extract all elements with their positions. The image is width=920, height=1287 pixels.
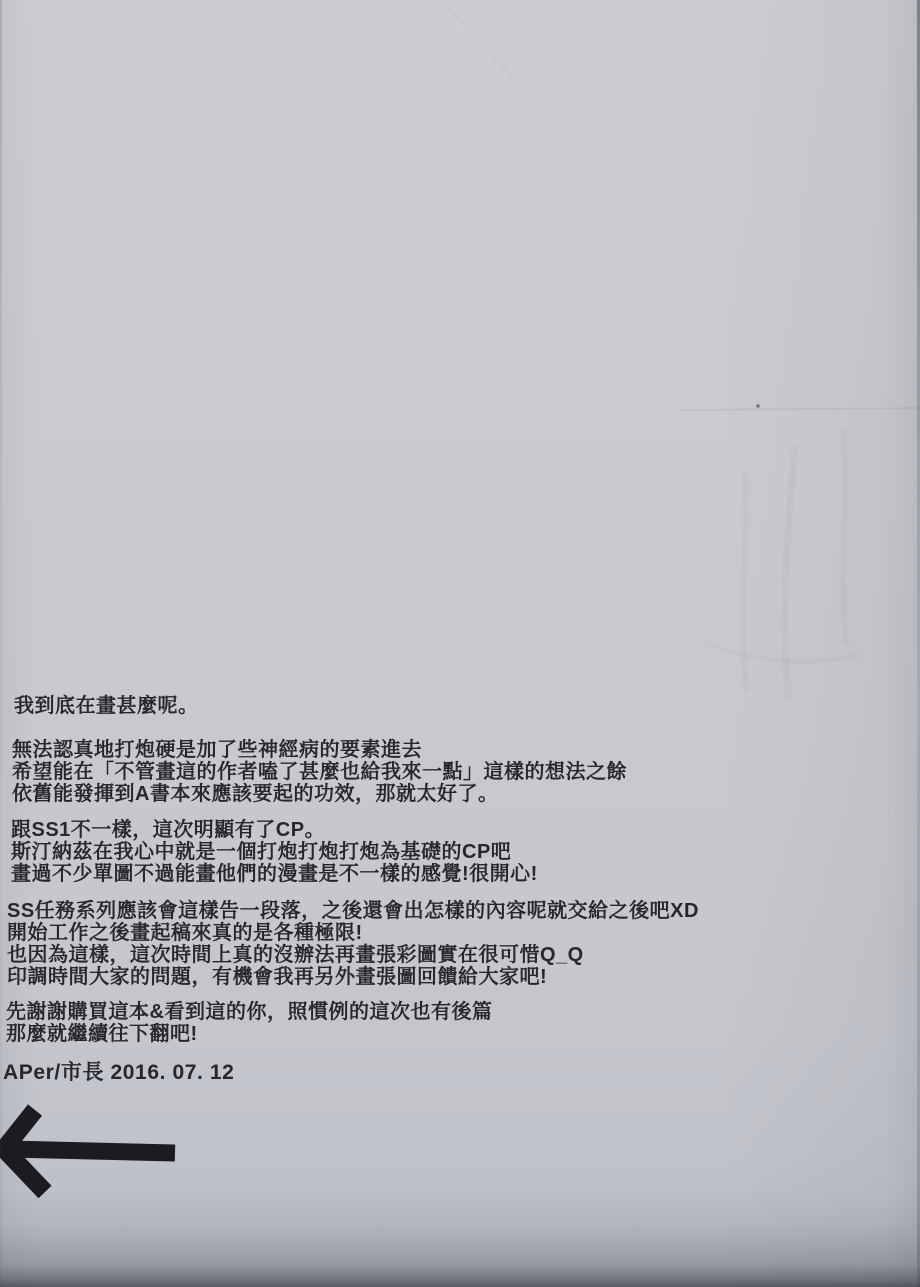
afterword-line: 那麼就繼續往下翻吧! — [6, 1023, 492, 1045]
afterword-line: 斯汀納茲在我心中就是一個打炮打炮打炮為基礎的CP吧 — [11, 841, 538, 863]
afterword-line: 我到底在畫甚麼呢。 — [14, 695, 199, 717]
afterword-line: 無法認真地打炮硬是加了些神經病的要素進去 — [12, 739, 627, 761]
afterword-paragraph-3: 跟SS1不一樣，這次明顯有了CP。 斯汀納茲在我心中就是一個打炮打炮打炮為基礎的… — [11, 819, 538, 885]
afterword-line: SS任務系列應該會這樣告一段落，之後還會出怎樣的內容呢就交給之後吧XD — [7, 900, 699, 922]
afterword-line: 希望能在「不管畫這的作者嗑了甚麼也給我來一點」這樣的想法之餘 — [12, 761, 627, 783]
afterword-line: 跟SS1不一樣，這次明顯有了CP。 — [11, 819, 538, 841]
afterword-line: 畫過不少單圖不過能畫他們的漫畫是不一樣的感覺!很開心! — [11, 863, 538, 885]
afterword-line: 開始工作之後畫起稿來真的是各種極限! — [7, 922, 699, 944]
afterword-line: 印調時間大家的問題，有機會我再另外畫張圖回饋給大家吧! — [7, 966, 699, 988]
left-arrow-icon — [0, 1103, 187, 1199]
page-left-edge — [0, 0, 2, 1287]
scanned-afterword-page: 我到底在畫甚麼呢。 無法認真地打炮硬是加了些神經病的要素進去 希望能在「不管畫這… — [0, 0, 920, 1287]
paper-showthrough-overlay — [0, 0, 920, 1287]
page-turn-left-arrow — [0, 1103, 187, 1199]
afterword-paragraph-4: SS任務系列應該會這樣告一段落，之後還會出怎樣的內容呢就交給之後吧XD 開始工作… — [7, 900, 699, 988]
author-signature: APer/市長 2016. 07. 12 — [3, 1061, 234, 1084]
afterword-paragraph-1: 我到底在畫甚麼呢。 — [14, 695, 199, 717]
afterword-line: 依舊能發揮到A書本來應該要起的功效，那就太好了。 — [12, 783, 627, 805]
afterword-line: 先謝謝購買這本&看到這的你，照慣例的這次也有後篇 — [6, 1001, 492, 1023]
bottom-edge-shadow — [0, 1192, 920, 1287]
afterword-line: 也因為這樣，這次時間上真的沒辦法再畫張彩圖實在很可惜Q_Q — [7, 944, 699, 966]
afterword-paragraph-2: 無法認真地打炮硬是加了些神經病的要素進去 希望能在「不管畫這的作者嗑了甚麼也給我… — [12, 739, 627, 805]
dust-speck — [756, 404, 759, 407]
afterword-paragraph-5: 先謝謝購買這本&看到這的你，照慣例的這次也有後篇 那麼就繼續往下翻吧! — [6, 1001, 492, 1045]
